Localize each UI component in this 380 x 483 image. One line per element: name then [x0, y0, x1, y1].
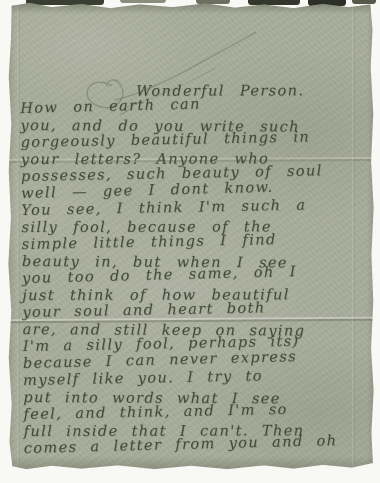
scanned-letter: Wonderful Person.How on earth canyou, an…: [0, 0, 380, 483]
fold-crease-vertical-left: [17, 2, 20, 470]
scan-edge-mark: [120, 0, 166, 3]
letter-body: Wonderful Person.How on earth canyou, an…: [20, 80, 374, 458]
scan-edge-mark: [248, 0, 300, 5]
letter-paper: Wonderful Person.How on earth canyou, an…: [8, 2, 374, 470]
scan-edge-mark: [26, 0, 104, 5]
scan-edge-mark: [352, 0, 376, 4]
scan-edge-mark: [196, 0, 230, 4]
